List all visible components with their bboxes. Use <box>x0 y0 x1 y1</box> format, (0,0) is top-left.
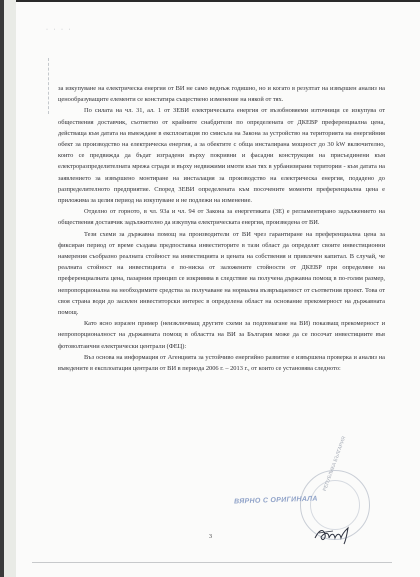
scan-bottom-edge <box>32 562 392 563</box>
paragraph-5: Като ясно изразен пример (неизключващ др… <box>58 318 385 352</box>
paragraph-3: Отделно от горното, в чл. 93а и чл. 94 о… <box>58 206 385 228</box>
signature-icon <box>313 524 353 546</box>
paragraph-6: Въз основа на информация от Агенцията за… <box>58 352 385 374</box>
paragraph-1: за изкупуване на електрическа енергия от… <box>58 83 385 105</box>
scan-mark: · · · · <box>46 27 73 33</box>
paragraph-4: Тези схеми за държавна помощ на производ… <box>58 229 385 319</box>
document-body: за изкупуване на електрическа енергия от… <box>58 83 385 374</box>
seal-stamp-inner <box>310 480 360 530</box>
margin-line <box>48 58 50 114</box>
scan-edge <box>0 0 4 577</box>
paragraph-2: По силата на чл. 31, ал. 1 от ЗЕВИ елект… <box>58 105 385 206</box>
page-number: 3 <box>209 534 212 540</box>
